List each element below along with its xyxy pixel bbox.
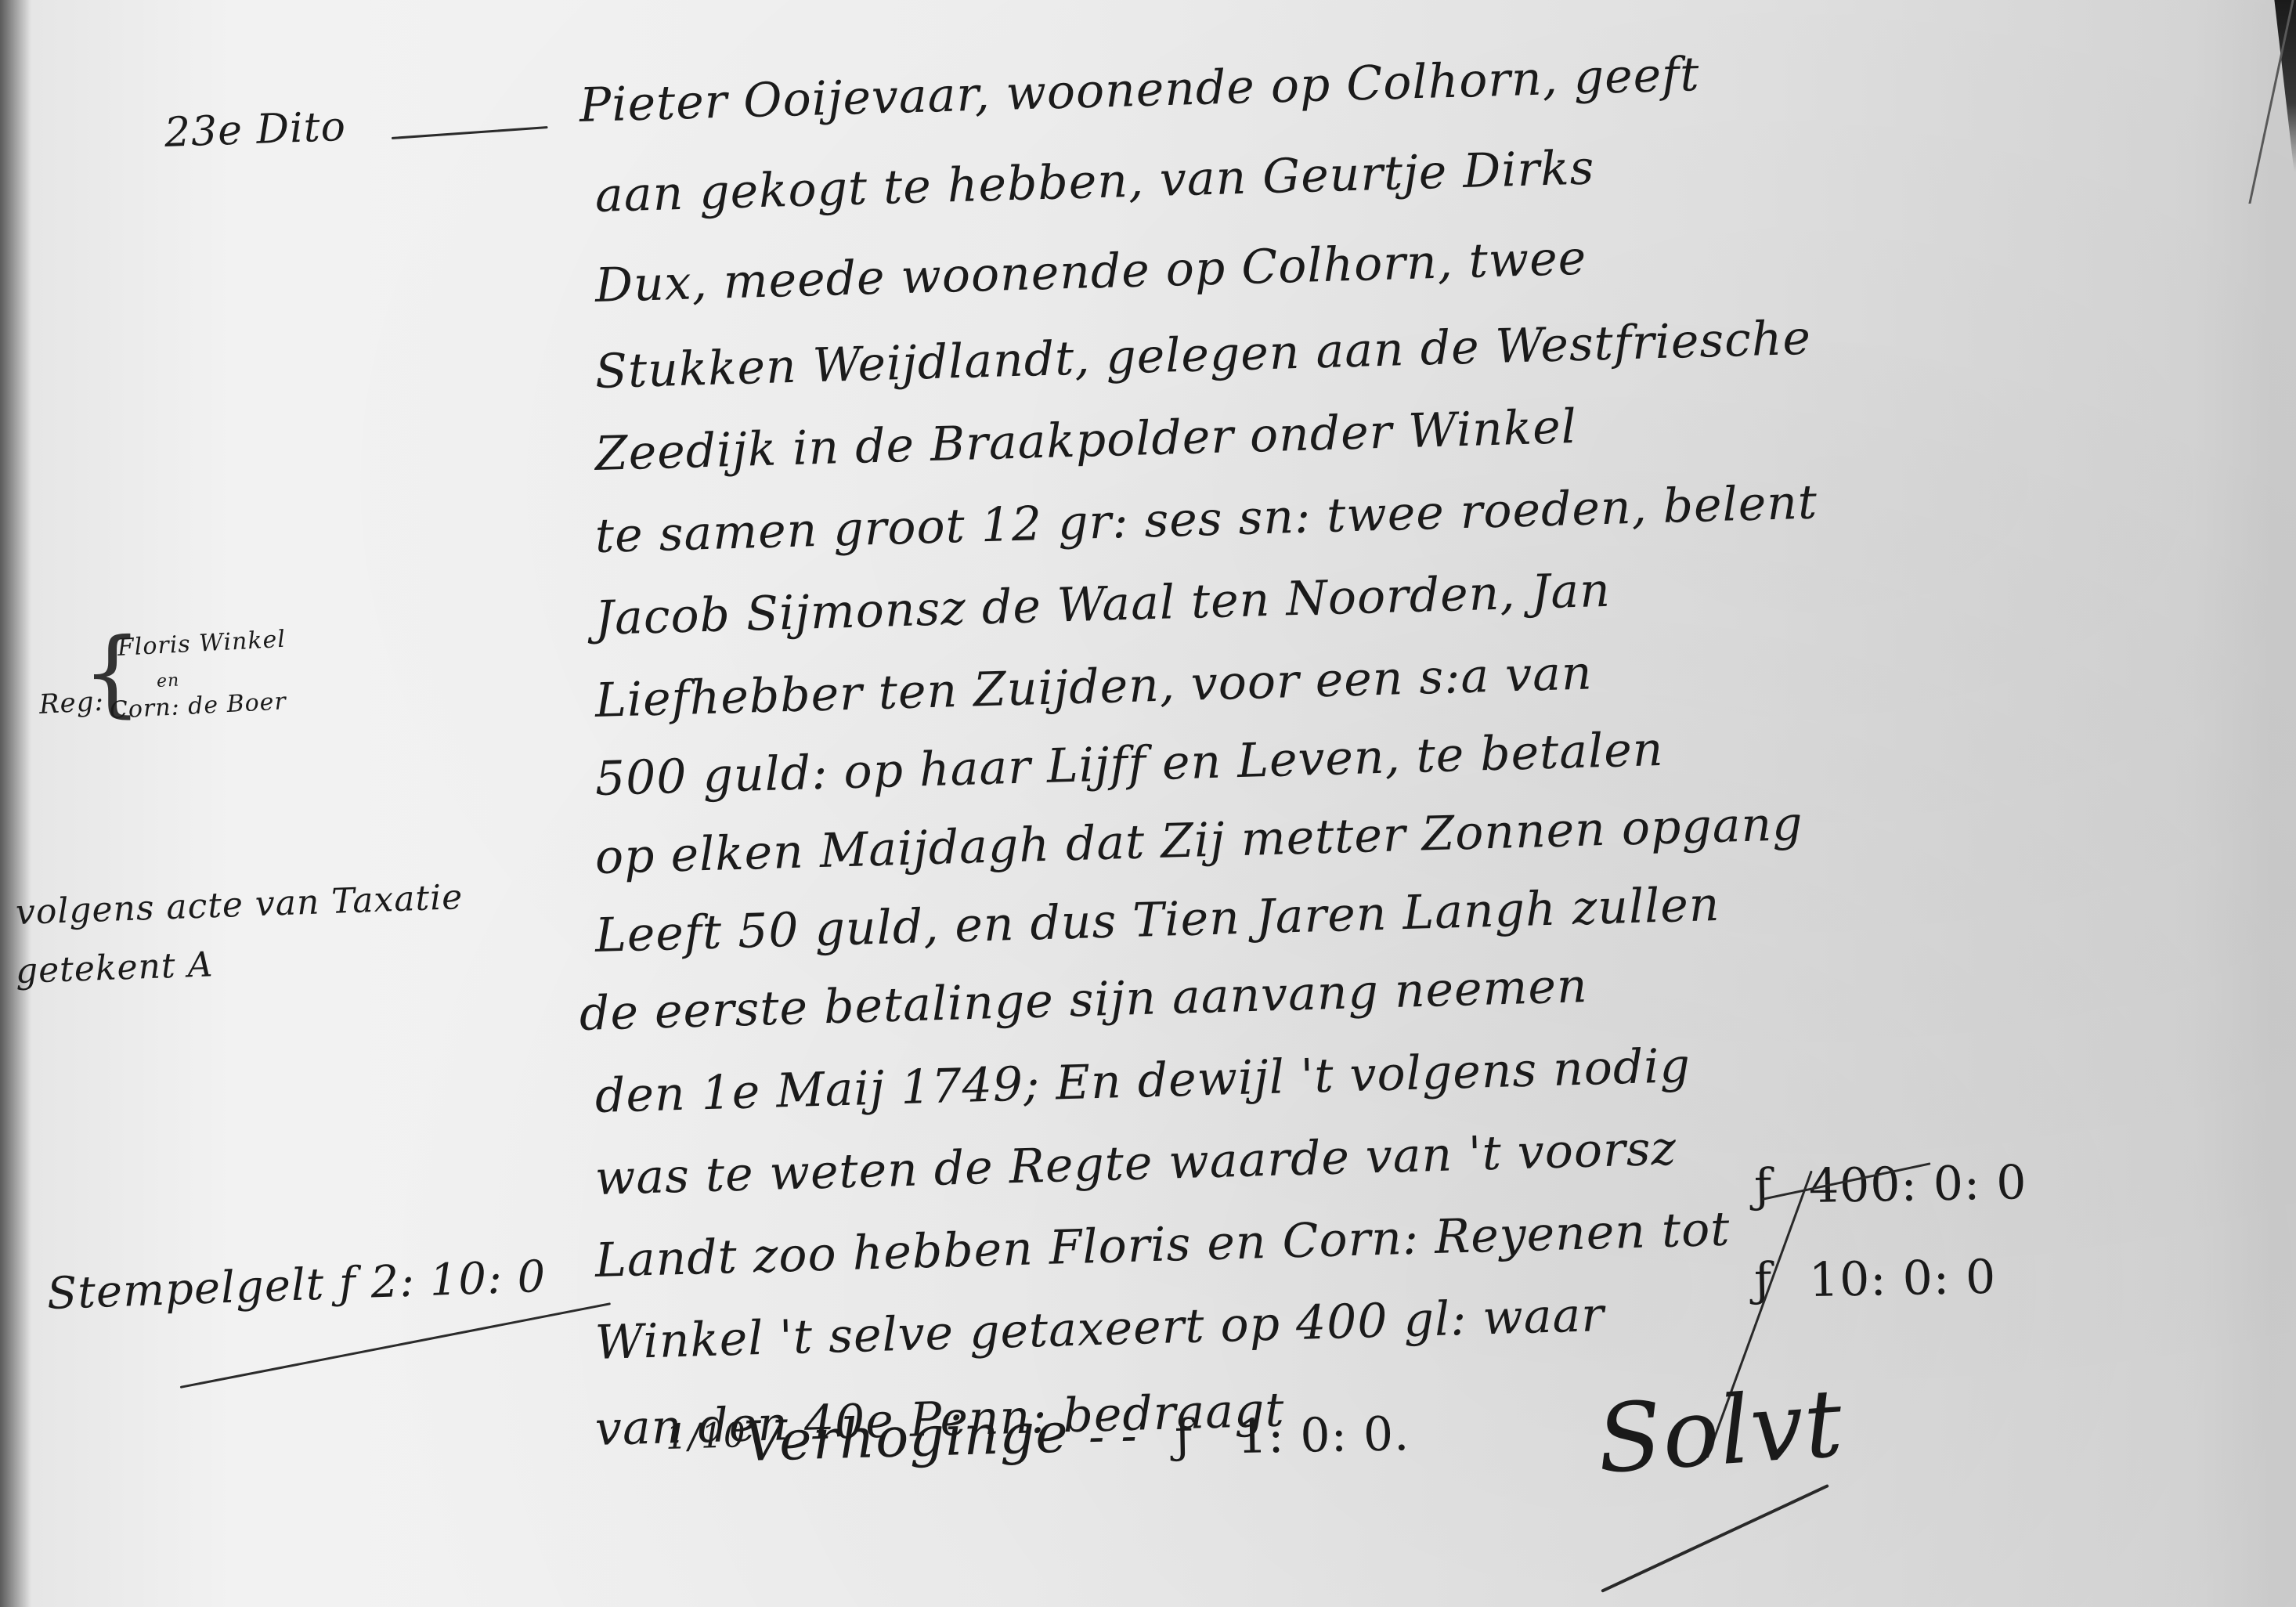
surcharge-value: 1: 0: 0. [1236, 1407, 1410, 1464]
body-line: Pieter Ooijevaar, woonende op Colhorn, g… [579, 47, 1700, 133]
body-line: te samen groot 12 gr: ses sn: twee roede… [594, 475, 1818, 564]
surcharge-dashes: - - [1088, 1408, 1139, 1464]
surcharge-label: Verhoginge [743, 1400, 1070, 1474]
date-margin-note: 23e Dito [164, 103, 347, 157]
amount-value-1: 400: 0: 0 [1808, 1155, 2027, 1214]
body-line: was te weten de Regte waarde van 't voor… [594, 1121, 1677, 1206]
body-line: Landt zoo hebben Floris en Corn: Reyenen… [594, 1202, 1731, 1288]
party-name-1: Floris Winkel [117, 626, 287, 662]
book-binding-edge [2260, 0, 2296, 172]
body-line: Leeft 50 guld, en dus Tien Jaren Langh z… [594, 877, 1720, 963]
amount-value-2: 10: 0: 0 [1808, 1250, 1996, 1308]
body-line: op elken Maijdagh dat Zij metter Zonnen … [594, 796, 1803, 885]
taxation-note-line1: volgens acte van Taxatie [15, 877, 464, 933]
body-line: Stukken Weijdlandt, gelegen aan de Westf… [594, 311, 1812, 399]
body-line: Jacob Sijmonsz de Waal ten Noorden, Jan [594, 563, 1612, 646]
amount-currency-1: ƒ [1753, 1159, 1772, 1214]
body-line: Winkel 't selve getaxeert op 400 gl: waa… [594, 1287, 1605, 1370]
body-line: Zeedijk in de Braakpolder onder Winkel [594, 399, 1578, 482]
surcharge-currency: ƒ [1174, 1410, 1193, 1464]
body-line: den 1e Maij 1749; En dewijl 't volgens n… [594, 1038, 1691, 1124]
body-line: Dux, meede woonende op Colhorn, twee [594, 231, 1587, 313]
solvit-underline [1601, 1484, 1829, 1593]
body-line: aan gekogt te hebben, van Geurtje Dirks [594, 140, 1595, 223]
body-line: de eerste betalinge sijn aanvang neemen [579, 959, 1588, 1042]
party-conjunction: en [156, 670, 179, 691]
taxation-note-line2: getekent A [15, 944, 214, 991]
stamp-fee-note: Stempelgelt ƒ 2: 10: 0 [46, 1251, 547, 1320]
solvit-mark: Solvt [1594, 1369, 1847, 1495]
register-page: 23e Dito Reg: { Floris Winkel en Corn: d… [0, 0, 2296, 1607]
dotted-leader [392, 126, 548, 139]
body-line: 500 guld: op haar Lijff en Leven, te bet… [594, 722, 1664, 807]
connector-arrow-line [180, 1302, 611, 1389]
surcharge-fraction: 1/10 [665, 1415, 746, 1457]
body-line: Liefhebber ten Zuijden, voor een s:a van [594, 645, 1593, 728]
